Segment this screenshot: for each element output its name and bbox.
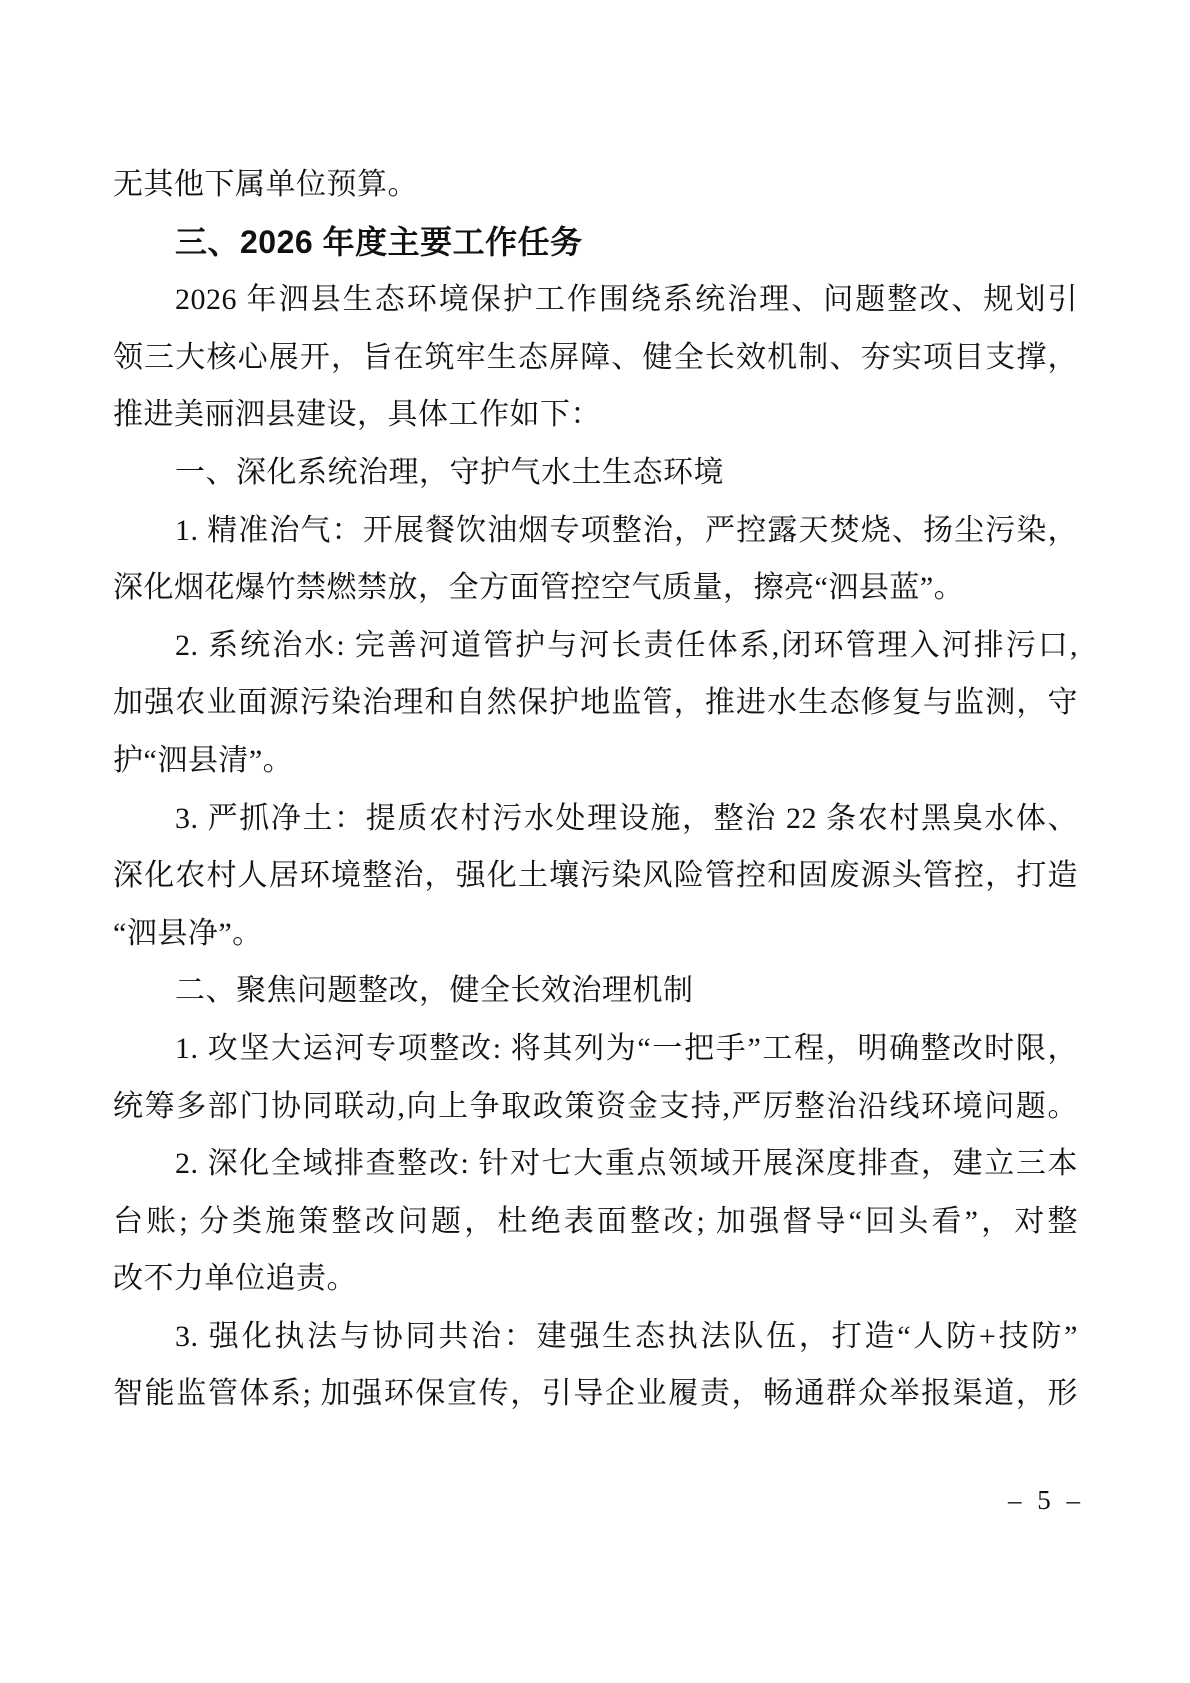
subheading-section-2: 二、聚焦问题整改，健全长效治理机制	[113, 962, 1078, 1020]
doc-line: 推进美丽泗县建设，具体工作如下：	[113, 386, 1078, 444]
doc-line: 护“泗县清”。	[113, 732, 1078, 790]
paragraph-continuation: 无其他下属单位预算。	[113, 156, 1078, 214]
paragraph-item-air: 1. 精准治气：开展餐饮油烟专项整治，严控露天焚烧、扬尘污染， 深化烟花爆竹禁燃…	[113, 502, 1078, 617]
doc-line: “泗县净”。	[113, 905, 1078, 963]
doc-line: 二、聚焦问题整改，健全长效治理机制	[113, 962, 1078, 1020]
doc-line: 3. 强化执法与协同共治：建强生态执法队伍，打造“人防+技防”	[113, 1308, 1078, 1366]
paragraph-item-enforcement: 3. 强化执法与协同共治：建强生态执法队伍，打造“人防+技防” 智能监管体系; …	[113, 1308, 1078, 1423]
doc-line: 2. 系统治水: 完善河道管护与河长责任体系,闭环管理入河排污口,	[113, 617, 1078, 675]
page-number: – 5 –	[1008, 1482, 1080, 1518]
doc-line: 2. 深化全域排查整改: 针对七大重点领域开展深度排查，建立三本	[113, 1135, 1078, 1193]
paragraph-item-inspection: 2. 深化全域排查整改: 针对七大重点领域开展深度排查，建立三本 台账; 分类施…	[113, 1135, 1078, 1308]
paragraph-intro: 2026 年泗县生态环境保护工作围绕系统治理、问题整改、规划引 领三大核心展开，…	[113, 271, 1078, 444]
section-heading: 三、2026 年度主要工作任务	[113, 214, 1078, 272]
paragraph-item-soil: 3. 严抓净土：提质农村污水处理设施，整治 22 条农村黑臭水体、 深化农村人居…	[113, 790, 1078, 963]
heading-main-tasks: 三、2026 年度主要工作任务	[113, 214, 1078, 272]
doc-line: 加强农业面源污染治理和自然保护地监管，推进水生态修复与监测，守	[113, 674, 1078, 732]
doc-line: 智能监管体系; 加强环保宣传，引导企业履责，畅通群众举报渠道，形	[113, 1365, 1078, 1423]
doc-line: 2026 年泗县生态环境保护工作围绕系统治理、问题整改、规划引	[113, 271, 1078, 329]
doc-line: 1. 攻坚大运河专项整改: 将其列为“一把手”工程，明确整改时限，	[113, 1020, 1078, 1078]
doc-line: 深化农村人居环境整治，强化土壤污染风险管控和固废源头管控，打造	[113, 847, 1078, 905]
doc-line: 深化烟花爆竹禁燃禁放，全方面管控空气质量，擦亮“泗县蓝”。	[113, 559, 1078, 617]
doc-line: 无其他下属单位预算。	[113, 156, 1078, 214]
paragraph-item-canal: 1. 攻坚大运河专项整改: 将其列为“一把手”工程，明确整改时限， 统筹多部门协…	[113, 1020, 1078, 1135]
doc-line: 一、深化系统治理，守护气水土生态环境	[113, 444, 1078, 502]
paragraph-item-water: 2. 系统治水: 完善河道管护与河长责任体系,闭环管理入河排污口, 加强农业面源…	[113, 617, 1078, 790]
doc-line: 领三大核心展开，旨在筑牢生态屏障、健全长效机制、夯实项目支撑，	[113, 329, 1078, 387]
document-body: 无其他下属单位预算。 三、2026 年度主要工作任务 2026 年泗县生态环境保…	[113, 156, 1078, 1423]
doc-line: 3. 严抓净土：提质农村污水处理设施，整治 22 条农村黑臭水体、	[113, 790, 1078, 848]
doc-line: 统筹多部门协同联动,向上争取政策资金支持,严厉整治沿线环境问题。	[113, 1078, 1078, 1136]
subheading-section-1: 一、深化系统治理，守护气水土生态环境	[113, 444, 1078, 502]
doc-line: 1. 精准治气：开展餐饮油烟专项整治，严控露天焚烧、扬尘污染，	[113, 502, 1078, 560]
doc-line: 改不力单位追责。	[113, 1250, 1078, 1308]
document-page: 无其他下属单位预算。 三、2026 年度主要工作任务 2026 年泗县生态环境保…	[0, 0, 1190, 1683]
doc-line: 台账; 分类施策整改问题，杜绝表面整改; 加强督导“回头看”，对整	[113, 1193, 1078, 1251]
